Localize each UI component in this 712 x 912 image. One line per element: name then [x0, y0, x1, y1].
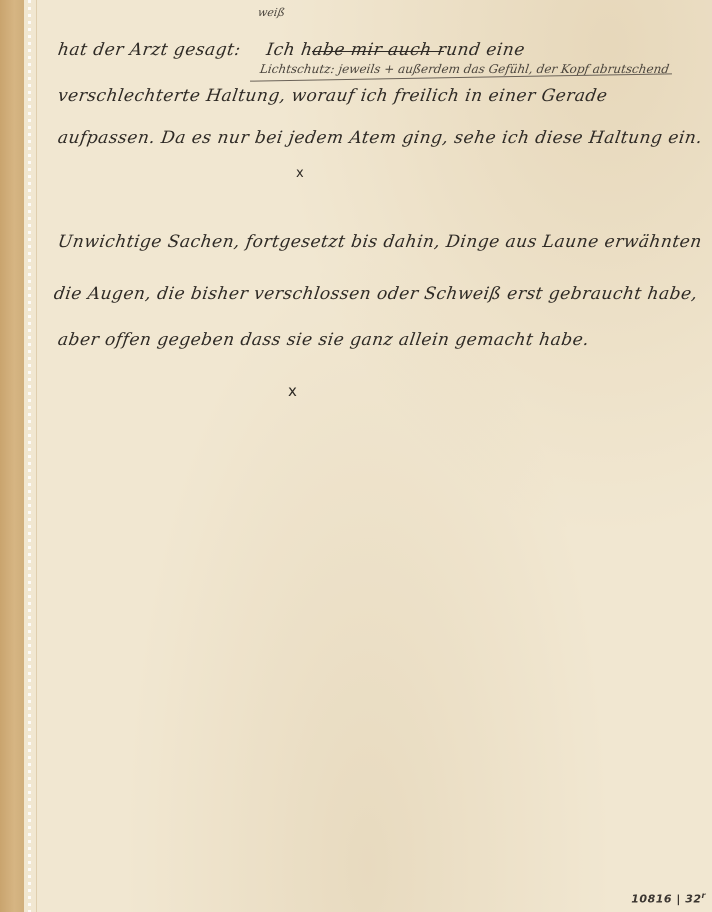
- folio-side: r: [702, 891, 706, 900]
- shelfmark-number: 10816: [631, 893, 672, 906]
- paragraph-1-line-3: aufpassen. Da es nur bei jedem Atem ging…: [57, 128, 704, 148]
- line-rest: Ich habe mir auch rund eine: [265, 40, 526, 60]
- paragraph-2-line-3: aber offen gegeben dass sie sie ganz all…: [57, 330, 591, 350]
- strikethrough: [312, 51, 444, 52]
- folio-number: 32: [685, 893, 701, 906]
- shelfmark: 10816 | 32r: [631, 891, 706, 906]
- paragraph-1-line-2: verschlechterte Haltung, worauf ich frei…: [57, 86, 609, 106]
- binding-strip: [0, 0, 24, 912]
- section-mark-2: x: [288, 382, 297, 400]
- paragraph-1-line-1: hat der Arzt gesagt: Ich habe mir auch r…: [57, 40, 527, 60]
- perforated-edge: [24, 0, 37, 912]
- section-mark-1: x: [296, 166, 304, 181]
- paragraph-2-line-2: die Augen, die bisher verschlossen oder …: [53, 284, 699, 304]
- interlinear-insert-above: weiß: [257, 6, 286, 19]
- line-text: hat der Arzt gesagt:: [57, 40, 242, 60]
- paragraph-2-line-1: Unwichtige Sachen, fortgesetzt bis dahin…: [57, 232, 704, 252]
